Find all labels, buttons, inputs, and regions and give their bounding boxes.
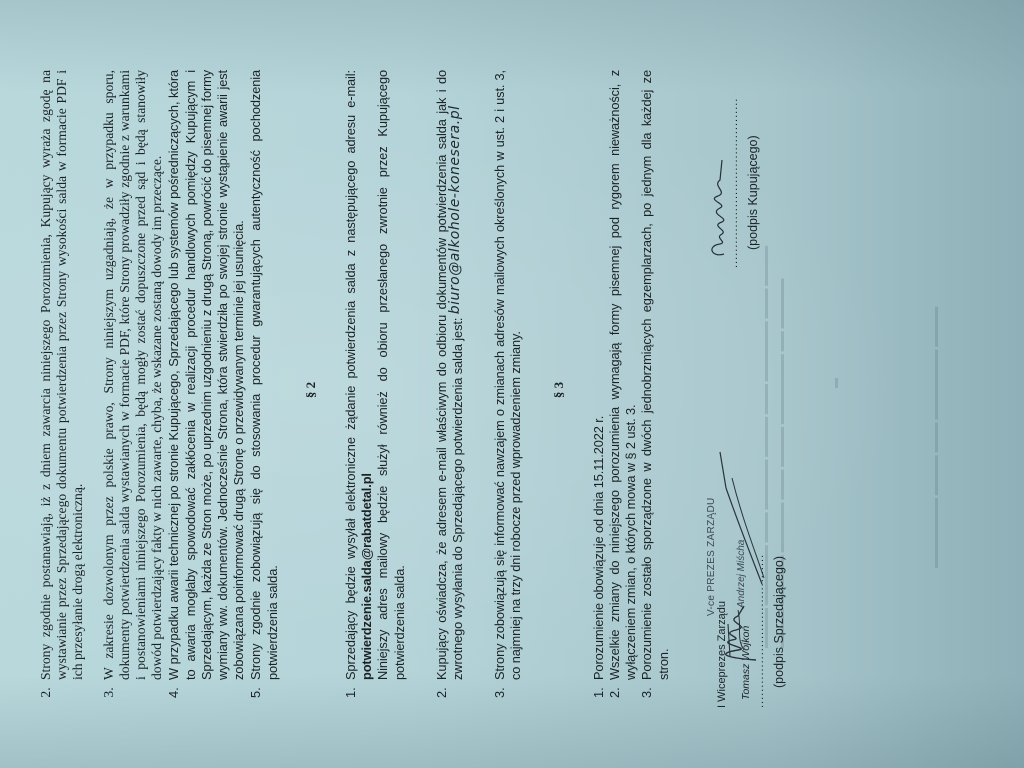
section-2-title: § 2 (303, 70, 319, 710)
clause-2-2: Kupujący oświadcza, że adresem e-mail wł… (434, 70, 466, 684)
seller-signature-caption: (podpis Sprzedającego) (772, 556, 786, 688)
clause-3-3: Porozumienie zostało sporządzone w dwóch… (639, 70, 671, 684)
clause-1-4: W przypadku awarii technicznej po stroni… (166, 70, 247, 684)
show-through-line: ▬ (830, 378, 841, 388)
section-2-list: Sprzedający będzie wysyłał elektroniczne… (343, 70, 525, 710)
clause-3-2: Wszelkie zmiany do niniejszego porozumie… (607, 70, 639, 684)
clause-2-1: Sprzedający będzie wysyłał elektroniczne… (343, 70, 408, 684)
seller-signature-line: ...................................... (754, 554, 766, 708)
clause-1-2: Strony zgodnie postanawiają, iż z dniem … (38, 70, 87, 684)
document-body: Strony zgodnie postanawiają, iż z dniem … (38, 70, 672, 710)
show-through-line: ▬▬▬▬ ▬▬▬▬▬▬▬ ▬▬▬ ▬▬▬▬ ▬▬▬▬▬▬▬ (930, 307, 941, 568)
section-1-list: Strony zgodnie postanawiają, iż z dniem … (38, 70, 281, 710)
section-3-title: § 3 (551, 70, 567, 710)
clause-1-5: Strony zgodnie zobowiązują się do stosow… (248, 70, 280, 684)
buyer-signature-line: ........................................… (728, 98, 740, 268)
clause-2-3: Strony zobowiązują się informować nawzaj… (492, 70, 524, 684)
signature-block: I Wiceprezes Zarządu V-ce PREZES ZARZĄDU… (700, 68, 810, 708)
clause-3-1: Porozumienie obowiązuje od dnia 15.11.20… (591, 70, 607, 684)
document-page: ▬▬▬▬ ▬▬▬ ▬▬▬▬▬▬ ▬▬▬ ▬▬▬▬ ▬▬▬▬▬ ▬▬▬ ▬▬▬▬▬… (0, 0, 1024, 768)
seller-email: potwierdzenie.salda@rabatdetal.pl (359, 473, 374, 680)
handwritten-buyer-email: biuro@alkohole-konesera.pl (447, 106, 463, 315)
buyer-signature-caption: (podpis Kupującego) (746, 135, 760, 250)
clause-1-3: W zakresie dozwolonym przez polskie praw… (101, 70, 166, 684)
section-3-list: Porozumienie obowiązuje od dnia 15.11.20… (591, 70, 672, 710)
